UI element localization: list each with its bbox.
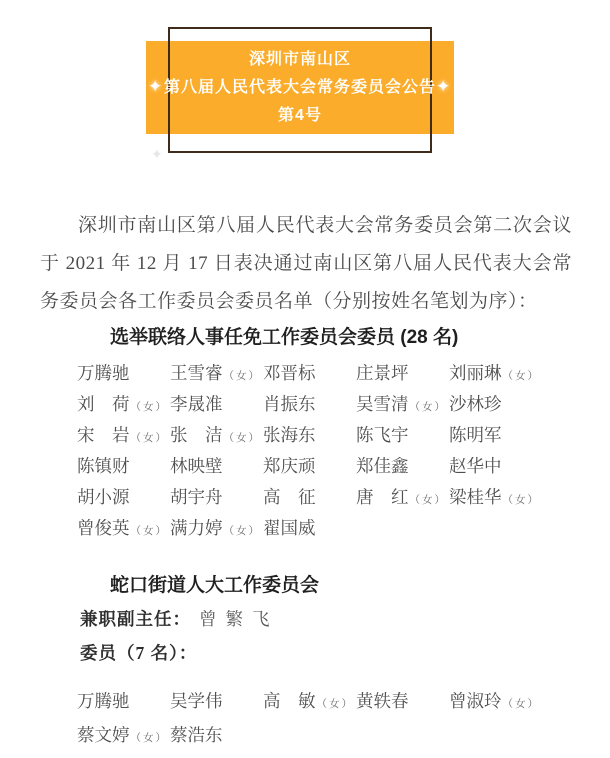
- members-count-line: 委员（7 名）：: [40, 636, 572, 671]
- document-body: 深圳市南山区第八届人民代表大会常务委员会第二次会议于 2021 年 12 月 1…: [40, 207, 572, 751]
- member-name: 邓晋标: [263, 360, 356, 385]
- member-name: 刘 荷（女）: [77, 391, 170, 416]
- member-name-text: 万腾驰: [77, 363, 130, 383]
- member-name-text: 高 敏: [263, 691, 316, 711]
- member-name: 沙林珍: [449, 391, 542, 416]
- member-name-text: 陈飞宇: [356, 425, 409, 445]
- gender-tag: （女）: [131, 526, 169, 537]
- gender-tag: （女）: [131, 733, 169, 744]
- member-name-text: 张 洁: [170, 425, 223, 445]
- sparkle-right-icon: ✦: [436, 79, 450, 96]
- member-name-text: 王雪睿: [170, 363, 223, 383]
- member-name: 曾淑玲（女）: [449, 688, 542, 713]
- member-name: 张 洁（女）: [170, 422, 263, 447]
- member-name: 吴雪清（女）: [356, 391, 449, 416]
- intro-paragraph: 深圳市南山区第八届人民代表大会常务委员会第二次会议于 2021 年 12 月 1…: [40, 207, 572, 321]
- member-name: 万腾驰: [77, 360, 170, 385]
- gender-tag: （女）: [410, 495, 448, 506]
- member-name-text: 刘丽琳: [449, 363, 502, 383]
- member-name-text: 陈明军: [449, 425, 502, 445]
- member-name-text: 庄景坪: [356, 363, 409, 383]
- member-name: 林映壁: [170, 453, 263, 478]
- member-name-text: 郑庆顽: [263, 456, 316, 476]
- name-row: 刘 荷（女）李晟准肖振东吴雪清（女）沙林珍: [77, 388, 572, 419]
- announcement-banner: 深圳市南山区 第八届人民代表大会常务委员会公告 第4号 ✦ ✦ ✦: [0, 0, 610, 180]
- gender-tag: （女）: [503, 495, 541, 506]
- section2-title: 蛇口街道人大工作委员会: [110, 573, 572, 599]
- gender-tag: （女）: [317, 699, 355, 710]
- sparkle-left-icon: ✦: [148, 79, 162, 96]
- member-name: 张海东: [263, 422, 356, 447]
- member-name-text: 李晟准: [170, 394, 223, 414]
- banner-title-line2: 第八届人民代表大会常务委员会公告: [146, 74, 454, 102]
- members-count-label: 委员（7 名）：: [80, 643, 197, 663]
- section2-name-grid: 万腾驰吴学伟高 敏（女）黄轶春曾淑玲（女）蔡文婷（女）蔡浩东: [40, 683, 572, 751]
- member-name-text: 林映壁: [170, 456, 223, 476]
- deputy-director-label: 兼职副主任：: [80, 609, 191, 629]
- member-name-text: 吴学伟: [170, 691, 223, 711]
- name-row: 蔡文婷（女）蔡浩东: [77, 717, 572, 751]
- member-name: 肖振东: [263, 391, 356, 416]
- banner-title-line3: 第4号: [146, 102, 454, 130]
- member-name-text: 曾淑玲: [449, 691, 502, 711]
- member-name: 蔡文婷（女）: [77, 722, 170, 747]
- gender-tag: （女）: [131, 433, 169, 444]
- gender-tag: （女）: [503, 699, 541, 710]
- member-name: 赵华中: [449, 453, 542, 478]
- member-name-text: 胡宇舟: [170, 487, 223, 507]
- banner-title-line1: 深圳市南山区: [146, 46, 454, 74]
- member-name-text: 赵华中: [449, 456, 502, 476]
- member-name-text: 胡小源: [77, 487, 130, 507]
- member-name: 李晟准: [170, 391, 263, 416]
- name-row: 宋 岩（女）张 洁（女）张海东陈飞宇陈明军: [77, 419, 572, 450]
- deputy-director-name: 曾繁飞: [199, 609, 279, 629]
- member-name: 郑佳鑫: [356, 453, 449, 478]
- member-name-text: 黄轶春: [356, 691, 409, 711]
- gender-tag: （女）: [131, 402, 169, 413]
- member-name-text: 吴雪清: [356, 394, 409, 414]
- gender-tag: （女）: [224, 433, 262, 444]
- member-name: 陈镇财: [77, 453, 170, 478]
- member-name-text: 万腾驰: [77, 691, 130, 711]
- member-name-text: 邓晋标: [263, 363, 316, 383]
- member-name-text: 沙林珍: [449, 394, 502, 414]
- sparkle-ghost-icon: ✦: [151, 147, 163, 164]
- member-name-text: 宋 岩: [77, 425, 130, 445]
- member-name-text: 蔡文婷: [77, 725, 130, 745]
- name-row: 万腾驰吴学伟高 敏（女）黄轶春曾淑玲（女）: [77, 683, 572, 717]
- member-name-text: 张海东: [263, 425, 316, 445]
- name-row: 曾俊英（女）满力婷（女）翟国威: [77, 512, 572, 543]
- member-name-text: 蔡浩东: [170, 725, 223, 745]
- member-name-text: 满力婷: [170, 518, 223, 538]
- gender-tag: （女）: [224, 371, 262, 382]
- member-name-text: 曾俊英: [77, 518, 130, 538]
- member-name: 高 敏（女）: [263, 688, 356, 713]
- gender-tag: （女）: [410, 402, 448, 413]
- name-row: 胡小源胡宇舟高 征唐 红（女）梁桂华（女）: [77, 481, 572, 512]
- section1-title: 选举联络人事任免工作委员会委员 (28 名): [110, 325, 572, 351]
- member-name-text: 唐 红: [356, 487, 409, 507]
- member-name: 吴学伟: [170, 688, 263, 713]
- banner-title: 深圳市南山区 第八届人民代表大会常务委员会公告 第4号: [146, 41, 454, 134]
- name-row: 万腾驰王雪睿（女）邓晋标庄景坪刘丽琳（女）: [77, 357, 572, 388]
- member-name-text: 刘 荷: [77, 394, 130, 414]
- member-name: 陈明军: [449, 422, 542, 447]
- member-name: 宋 岩（女）: [77, 422, 170, 447]
- member-name: 刘丽琳（女）: [449, 360, 542, 385]
- member-name: 陈飞宇: [356, 422, 449, 447]
- member-name-text: 翟国威: [263, 518, 316, 538]
- member-name-text: 高 征: [263, 487, 316, 507]
- member-name: 庄景坪: [356, 360, 449, 385]
- gender-tag: （女）: [224, 526, 262, 537]
- member-name: 曾俊英（女）: [77, 515, 170, 540]
- member-name: 翟国威: [263, 515, 356, 540]
- member-name: 黄轶春: [356, 688, 449, 713]
- name-row: 陈镇财林映壁郑庆顽郑佳鑫赵华中: [77, 450, 572, 481]
- member-name: 蔡浩东: [170, 722, 263, 747]
- member-name: 胡小源: [77, 484, 170, 509]
- gender-tag: （女）: [503, 371, 541, 382]
- deputy-director-line: 兼职副主任：曾繁飞: [40, 602, 572, 636]
- member-name: 胡宇舟: [170, 484, 263, 509]
- member-name-text: 郑佳鑫: [356, 456, 409, 476]
- member-name: 郑庆顽: [263, 453, 356, 478]
- member-name: 满力婷（女）: [170, 515, 263, 540]
- member-name-text: 陈镇财: [77, 456, 130, 476]
- member-name: 唐 红（女）: [356, 484, 449, 509]
- member-name-text: 肖振东: [263, 394, 316, 414]
- section1-name-grid: 万腾驰王雪睿（女）邓晋标庄景坪刘丽琳（女）刘 荷（女）李晟准肖振东吴雪清（女）沙…: [40, 357, 572, 543]
- member-name: 高 征: [263, 484, 356, 509]
- member-name-text: 梁桂华: [449, 487, 502, 507]
- member-name: 梁桂华（女）: [449, 484, 542, 509]
- member-name: 王雪睿（女）: [170, 360, 263, 385]
- member-name: 万腾驰: [77, 688, 170, 713]
